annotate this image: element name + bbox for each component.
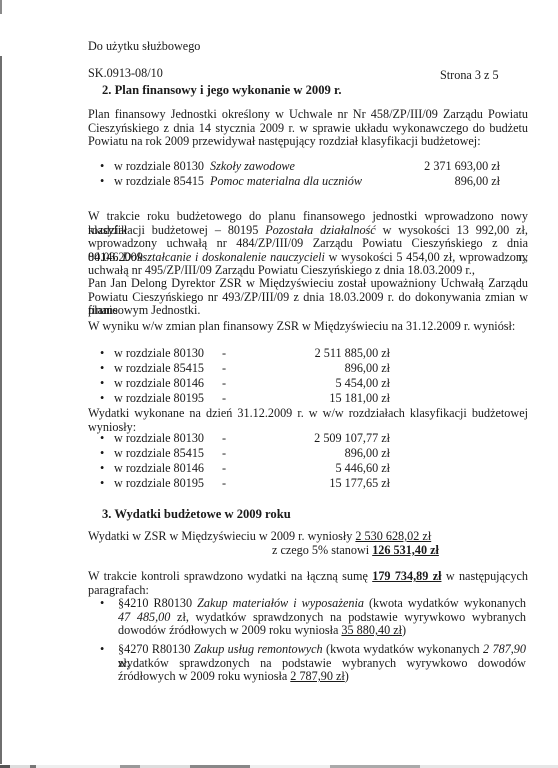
chapter-label: w rozdziale 80195 <box>114 392 204 406</box>
share-label: z czego 5% stanowi <box>272 543 372 557</box>
control-suffix: w następujących <box>441 569 528 583</box>
share-line: z czego 5% stanowi 126 531,40 zł <box>272 544 439 558</box>
dash-separator: - <box>222 447 226 461</box>
text-run: (kwota wydatków wykonanych <box>364 596 526 610</box>
chapter-label: w rozdziale 80130 <box>114 160 204 174</box>
text-line: §4270 R80130 Zakup usług remontowych (kw… <box>118 643 526 657</box>
dash-separator: - <box>222 392 226 406</box>
total-spending-amount: 2 530 628,02 zł <box>355 529 431 543</box>
chapter-amount: 896,00 zł <box>250 362 390 376</box>
chapter-name: Szkoły zawodowe <box>210 160 295 174</box>
chapter-label: w rozdziale 80146 <box>114 377 204 391</box>
chapter-label: w rozdziale 85415 <box>114 362 204 376</box>
chapter-label: w rozdziale 85415 <box>114 447 204 461</box>
chapter-amount: 2 511 885,00 zł <box>250 347 390 361</box>
text-run: §4210 R80130 <box>118 596 197 610</box>
bullet-icon: • <box>100 432 104 446</box>
chapter-amount: 5 446,60 zł <box>250 462 390 476</box>
text-line: finansowym Jednostki. <box>88 304 528 318</box>
bullet-icon: • <box>100 597 104 611</box>
text-line: Powiatu na rok 2009 przewidywał następuj… <box>88 135 528 149</box>
text-run: Pozostała działalność <box>265 223 376 237</box>
dash-separator: - <box>222 462 226 476</box>
bullet-icon: • <box>100 362 104 376</box>
dash-separator: - <box>222 477 226 491</box>
text-run: 2 787,90 <box>483 642 526 656</box>
text-run: dowodów źródłowych w 2009 roku wyniosła <box>118 623 341 637</box>
text-line: 80146 Dokształcanie i doskonalenie naucz… <box>88 251 528 265</box>
dash-separator: - <box>222 347 226 361</box>
bullet-icon: • <box>100 377 104 391</box>
text-line: źródłowych w 2009 roku wyniosła 2 787,90… <box>118 670 526 684</box>
bullet-icon: • <box>100 447 104 461</box>
text-run: w wysokości 5 454,00 zł, wprowadzony <box>325 250 528 264</box>
share-amount: 126 531,40 zł <box>372 543 439 557</box>
text-run: Zakup materiałów i wyposażenia <box>197 596 364 610</box>
bullet-icon: • <box>100 347 104 361</box>
chapter-label: w rozdziale 80146 <box>114 462 204 476</box>
checked-paragraph-item: §4270 R80130 Zakup usług remontowych (kw… <box>118 643 526 684</box>
text-run: 35 880,40 zł <box>341 623 402 637</box>
scan-edge-artifact <box>0 56 2 764</box>
dash-separator: - <box>222 362 226 376</box>
final-plan-intro: W wyniku w/w zmian plan finansowy ZSR w … <box>88 320 515 334</box>
text-line: dowodów źródłowych w 2009 roku wyniosła … <box>118 624 526 638</box>
text-run: klasyfikacji budżetowej – 80195 <box>88 223 265 237</box>
reference-number: SK.0913-08/10 <box>88 67 163 81</box>
text-run: zł, wydatków sprawdzonych na podstawie w… <box>170 610 526 624</box>
text-run: Dokształcanie i doskonalenie nauczycieli <box>122 250 325 264</box>
text-run: (kwota wydatków wykonanych <box>323 642 483 656</box>
text-run: Zakup usług remontowych <box>194 642 323 656</box>
text-line: Powiatu Cieszyńskiego nr 493/ZP/III/09 z… <box>88 291 528 305</box>
chapter-amount: 896,00 zł <box>360 175 500 189</box>
text-line: §4210 R80130 Zakup materiałów i wyposaże… <box>118 597 526 611</box>
text-line: W trakcie roku budżetowego do planu fina… <box>88 210 528 224</box>
text-line: Wydatki wykonane na dzień 31.12.2009 r. … <box>88 407 528 421</box>
chapter-label: w rozdziale 80130 <box>114 347 204 361</box>
bullet-icon: • <box>100 477 104 491</box>
text-line: Plan finansowy Jednostki określony w Uch… <box>88 108 528 122</box>
text-line: wprowadzony uchwałą nr 484/ZP/III/09 Zar… <box>88 237 528 251</box>
text-run: 80146 <box>88 250 122 264</box>
text-run: wydatków sprawdzonych na podstawie wybra… <box>118 656 526 670</box>
section-2-heading: 2. Plan finansowy i jego wykonanie w 200… <box>102 84 342 98</box>
text-line: 47 485,00 zł, wydatków sprawdzonych na p… <box>118 611 526 625</box>
text-run: 2 787,90 zł <box>290 669 345 683</box>
page-indicator: Strona 3 z 5 <box>440 69 499 83</box>
bullet-icon: • <box>100 160 104 174</box>
chapter-amount: 2 371 693,00 zł <box>360 160 500 174</box>
chapter-label: w rozdziale 80195 <box>114 477 204 491</box>
text-line: wydatków sprawdzonych na podstawie wybra… <box>118 657 526 671</box>
bullet-icon: • <box>100 175 104 189</box>
total-spending-label: Wydatki w ZSR w Międzyświeciu w 2009 r. … <box>88 529 355 543</box>
control-label: W trakcie kontroli sprawdzono wydatki na… <box>88 569 372 583</box>
total-spending-line: Wydatki w ZSR w Międzyświeciu w 2009 r. … <box>88 530 431 544</box>
section-3-heading: 3. Wydatki budżetowe w 2009 roku <box>102 508 291 522</box>
text-line: Pan Jan Delong Dyrektor ZSR w Międzyświe… <box>88 277 528 291</box>
text-run: ) <box>345 669 349 683</box>
chapter-amount: 5 454,00 zł <box>250 377 390 391</box>
director-authorization-paragraph: Pan Jan Delong Dyrektor ZSR w Międzyświe… <box>88 277 528 318</box>
control-paragraph: W trakcie kontroli sprawdzono wydatki na… <box>88 570 528 597</box>
classification-label: Do użytku służbowego <box>88 40 200 54</box>
chapter-amount: 15 177,65 zł <box>250 477 390 491</box>
chapter-amount: 2 509 107,77 zł <box>250 432 390 446</box>
chapter-name: Pomoc materialna dla uczniów <box>210 175 362 189</box>
text-run: §4270 R80130 <box>118 642 194 656</box>
chapter-label: w rozdziale 85415 <box>114 175 204 189</box>
text-run: ) <box>402 623 406 637</box>
text-run: źródłowych w 2009 roku wyniosła <box>118 669 290 683</box>
control-amount: 179 734,89 zł <box>372 569 441 583</box>
text-line: Cieszyńskiego z dnia 14 stycznia 2009 r.… <box>88 122 528 136</box>
plan-changes-paragraph: W trakcie roku budżetowego do planu fina… <box>88 210 528 278</box>
chapter-amount: 15 181,00 zł <box>250 392 390 406</box>
bullet-icon: • <box>100 643 104 657</box>
bullet-icon: • <box>100 462 104 476</box>
chapter-amount: 896,00 zł <box>250 447 390 461</box>
plan-intro-paragraph: Plan finansowy Jednostki określony w Uch… <box>88 108 528 149</box>
text-line: W trakcie kontroli sprawdzono wydatki na… <box>88 570 528 584</box>
bullet-icon: • <box>100 392 104 406</box>
dash-separator: - <box>222 377 226 391</box>
chapter-label: w rozdziale 80130 <box>114 432 204 446</box>
text-line: klasyfikacji budżetowej – 80195 Pozostał… <box>88 224 528 238</box>
dash-separator: - <box>222 432 226 446</box>
scan-edge-artifact <box>0 0 2 14</box>
checked-paragraph-item: §4210 R80130 Zakup materiałów i wyposaże… <box>118 597 526 638</box>
text-run: 47 485,00 <box>118 610 170 624</box>
text-run: w wysokości 13 992,00 zł, <box>376 223 528 237</box>
